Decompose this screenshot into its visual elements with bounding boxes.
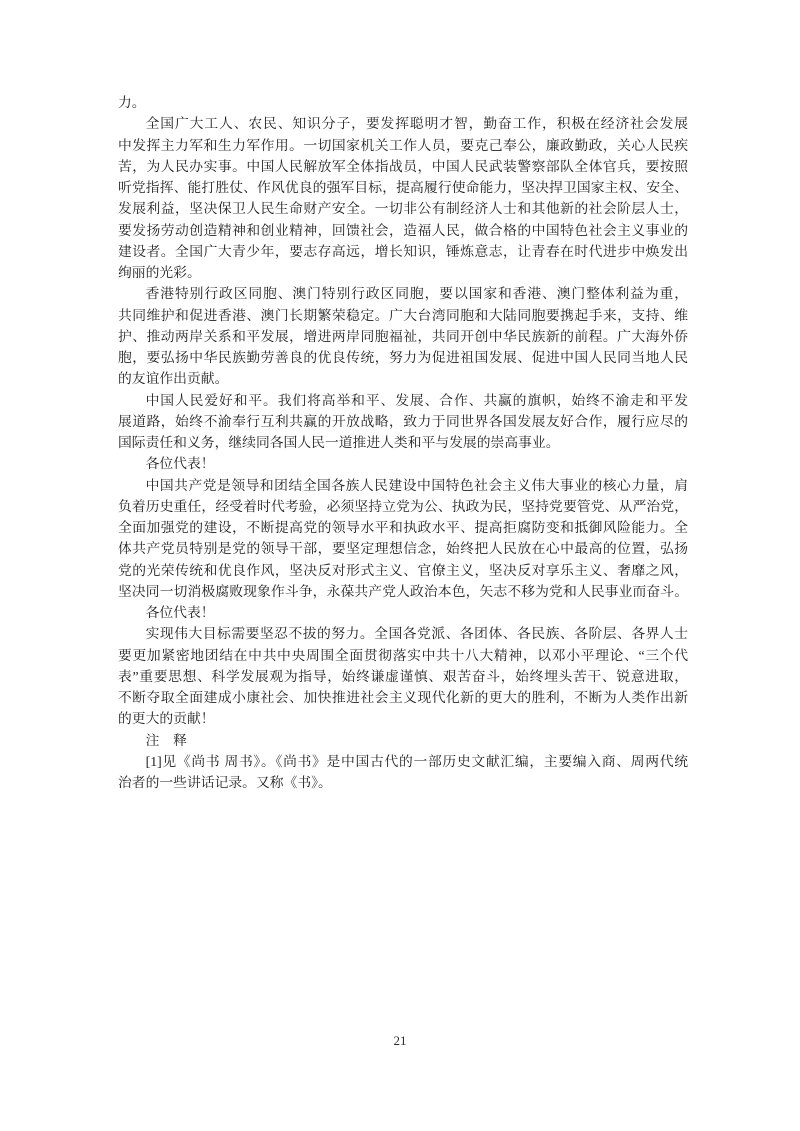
text-line: 党的光荣传统和优良作风，坚决反对形式主义、官僚主义，坚决反对享乐主义、奢靡之风， [118, 560, 688, 581]
page-number: 21 [0, 1033, 800, 1048]
text-line: 实现伟大目标需要坚忍不拔的努力。全国各党派、各团体、各民族、各阶层、各界人士 [118, 623, 688, 644]
text-line: 香港特别行政区同胞、澳门特别行政区同胞，要以国家和香港、澳门整体利益为重， [118, 283, 688, 304]
text-line: 发展利益，坚决保卫人民生命财产安全。一切非公有制经济人士和其他新的社会阶层人士， [118, 198, 688, 219]
text-line: 中国人民爱好和平。我们将高举和平、发展、合作、共赢的旗帜，始终不渝走和平发 [118, 390, 688, 411]
text-line: 国际责任和义务，继续同各国人民一道推进人类和平与发展的崇高事业。 [118, 432, 688, 453]
text-line: 负着历史重任，经受着时代考验，必须坚持立党为公、执政为民，坚持党要管党、从严治党… [118, 496, 688, 517]
text-line: 建设者。全国广大青少年，要志存高远，增长知识，锤炼意志，让青春在时代进步中焕发出 [118, 241, 688, 262]
text-line: 全面加强党的建设，不断提高党的领导水平和执政水平、提高拒腐防变和抵御风险能力。全 [118, 517, 688, 538]
page-body-text: 力。全国广大工人、农民、知识分子，要发挥聪明才智，勤奋工作，积极在经济社会发展中… [118, 92, 688, 793]
text-line: 共同维护和促进香港、澳门长期繁荣稳定。广大台湾同胞和大陆同胞要携起手来，支持、维 [118, 305, 688, 326]
text-line: 要发扬劳动创造精神和创业精神，回馈社会，造福人民，做合格的中国特色社会主义事业的 [118, 220, 688, 241]
text-line: 坚决同一切消极腐败现象作斗争，永葆共产党人政治本色，矢志不移为党和人民事业而奋斗… [118, 581, 688, 602]
text-line: 中发挥主力军和生力军作用。一切国家机关工作人员，要克己奉公，廉政勤政，关心人民疾 [118, 135, 688, 156]
text-line: 护、推动两岸关系和平发展，增进两岸同胞福祉，共同开创中华民族新的前程。广大海外侨 [118, 326, 688, 347]
text-line: [1]见《尚书 周书》。《尚书》是中国古代的一部历史文献汇编，主要编入商、周两代… [118, 751, 688, 772]
document-page: 力。全国广大工人、农民、知识分子，要发挥聪明才智，勤奋工作，积极在经济社会发展中… [0, 0, 800, 1131]
text-line: 体共产党员特别是党的领导干部，要坚定理想信念，始终把人民放在心中最高的位置，弘扬 [118, 538, 688, 559]
text-line: 全国广大工人、农民、知识分子，要发挥聪明才智，勤奋工作，积极在经济社会发展 [118, 113, 688, 134]
text-line: 各位代表！ [118, 453, 688, 474]
text-line: 苦，为人民办实事。中国人民解放军全体指战员，中国人民武装警察部队全体官兵，要按照 [118, 156, 688, 177]
text-line: 各位代表！ [118, 602, 688, 623]
text-line: 不断夺取全面建成小康社会、加快推进社会主义现代化新的更大的胜利，不断为人类作出新 [118, 687, 688, 708]
text-line: 的更大的贡献！ [118, 708, 688, 729]
text-line: 中国共产党是领导和团结全国各族人民建设中国特色社会主义伟大事业的核心力量，肩 [118, 475, 688, 496]
text-line: 胞，要弘扬中华民族勤劳善良的优良传统，努力为促进祖国发展、促进中国人民同当地人民 [118, 347, 688, 368]
text-line: 要更加紧密地团结在中共中央周围全面贯彻落实中共十八大精神，以邓小平理论、“三个代 [118, 645, 688, 666]
text-line: 展道路，始终不渝奉行互利共赢的开放战略，致力于同世界各国发展友好合作，履行应尽的 [118, 411, 688, 432]
text-line: 的友谊作出贡献。 [118, 368, 688, 389]
text-line: 治者的一些讲话记录。又称《书》。 [118, 772, 688, 793]
text-line: 绚丽的光彩。 [118, 262, 688, 283]
text-line: 注 释 [118, 730, 688, 751]
text-line: 表”重要思想、科学发展观为指导，始终谦虚谨慎、艰苦奋斗，始终埋头苦干、锐意进取， [118, 666, 688, 687]
text-line: 听党指挥、能打胜仗、作风优良的强军目标，提高履行使命能力，坚决捍卫国家主权、安全… [118, 177, 688, 198]
text-line: 力。 [118, 92, 688, 113]
